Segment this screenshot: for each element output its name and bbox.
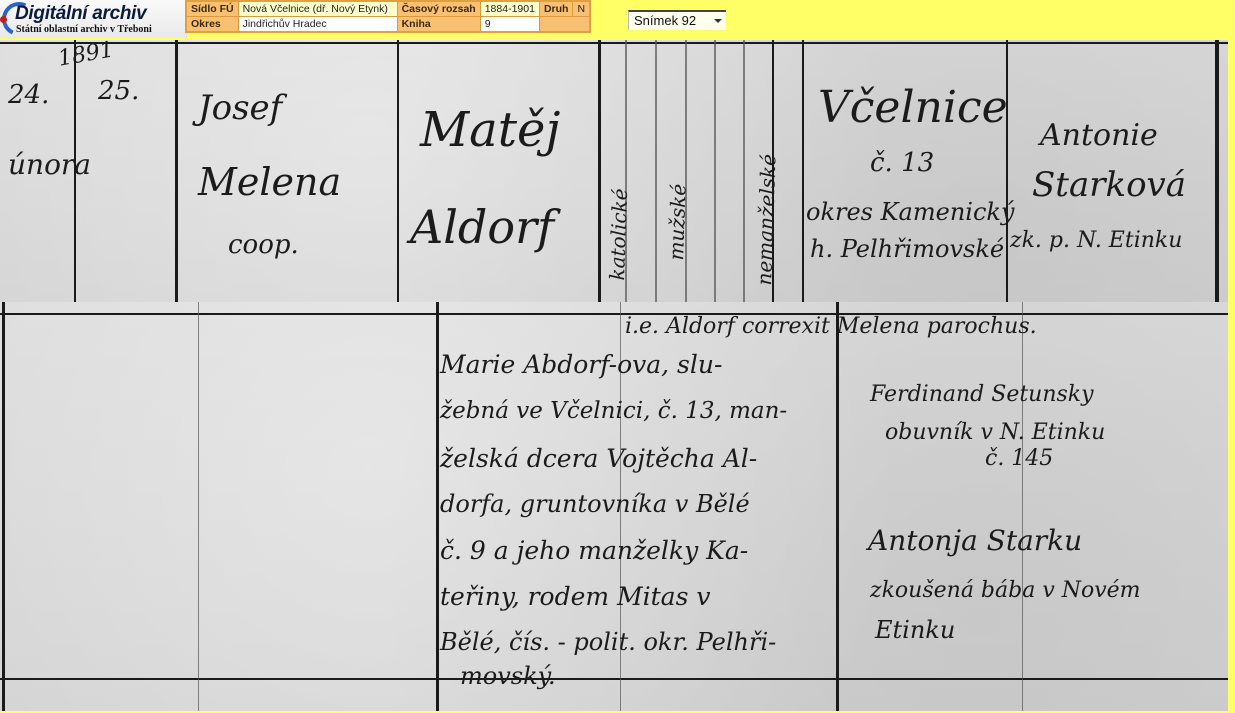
okres-label: Okres [186, 17, 238, 33]
midwife-surname: Starková [1032, 165, 1186, 205]
mother-line: č. 9 a jeho manželky Ka- [440, 536, 748, 565]
druh-value: N [573, 1, 590, 17]
midwife-first-name: Antonie [1040, 118, 1158, 153]
logo-dot-icon [0, 16, 7, 23]
godparent-line: č. 145 [985, 446, 1053, 471]
column-rule [175, 40, 178, 302]
place-name: Včelnice [818, 82, 1008, 133]
snapshot-select[interactable]: Snímek 92 [628, 10, 726, 30]
record-info-table: Sídlo FÚ Nová Včelnice (dř. Nový Etynk) … [185, 0, 591, 33]
ruling-line [0, 42, 1228, 44]
sidlo-fu-label: Sídlo FÚ [186, 1, 238, 17]
month-text: února [8, 148, 91, 181]
sidlo-fu-value: Nová Včelnice (dř. Nový Etynk) [238, 1, 397, 17]
casovy-rozsah-value: 1884-1901 [480, 1, 539, 17]
ruling-line [0, 678, 1228, 680]
religion-text: katolické [605, 188, 632, 281]
mother-line: želská dcera Vojtěcha Al- [440, 444, 757, 473]
year-text: 1891 [56, 40, 115, 72]
casovy-rozsah-label: Časový rozsah [397, 1, 480, 17]
child-first-name: Matěj [420, 102, 560, 158]
godparent-line: obuvník v N. Etinku [885, 420, 1105, 445]
day-baptized-text: 25. [98, 76, 139, 106]
priest-name-last: Melena [198, 160, 341, 204]
midwife-signature-line: Antonja Starku [868, 524, 1082, 557]
logo-subtitle: Státní oblastní archiv v Třeboni [16, 24, 152, 35]
priest-name-first: Josef [198, 88, 282, 128]
midwife-signature-line: zkoušená bába v Novém [870, 578, 1141, 603]
scan-image-top: 1891 24. 25. února Josef Melena coop. Ma… [0, 40, 1228, 302]
column-rule [685, 40, 687, 302]
mother-line: Bělé, čís. - polit. okr. Pelhři- [440, 628, 776, 656]
column-rule [655, 40, 657, 302]
column-rule [743, 40, 745, 302]
midwife-place: zk. p. N. Etinku [1010, 228, 1182, 253]
column-rule [397, 40, 399, 302]
column-rule [598, 40, 601, 302]
mother-line: movský. [460, 662, 556, 690]
column-rule [836, 302, 839, 711]
chevron-down-icon[interactable] [714, 19, 722, 23]
legitimacy-text: nemanželské [752, 154, 781, 286]
mother-line: Marie Abdorf-ova, slu- [440, 350, 722, 379]
snapshot-select-value: Snímek 92 [634, 13, 696, 28]
column-rule [1022, 302, 1023, 711]
scan-image-bottom: i.e. Aldorf correxit Melena parochus. Ma… [0, 302, 1228, 711]
logo-title: Digitální archiv [15, 3, 146, 25]
empty-cell [539, 17, 590, 33]
archive-logo[interactable]: Digitální archiv Státní oblastní archiv … [0, 0, 187, 38]
okres-value: Jindřichův Hradec [238, 17, 397, 33]
house-number: č. 13 [870, 148, 934, 178]
day-born-text: 24. [8, 80, 49, 110]
column-rule [802, 40, 804, 302]
column-rule [436, 302, 439, 711]
column-rule [198, 302, 199, 711]
child-surname: Aldorf [410, 200, 554, 254]
mother-line: dorfa, gruntovníka v Bělé [440, 490, 750, 518]
sex-text: mužské [664, 183, 691, 260]
district-text: okres Kamenický [806, 198, 1015, 226]
region-text: h. Pelhřimovské [810, 235, 1004, 263]
correction-note: i.e. Aldorf correxit Melena parochus. [625, 314, 1037, 339]
priest-title: coop. [228, 230, 299, 260]
mother-line: teřiny, rodem Mitas v [440, 582, 710, 611]
kniha-label: Kniha [397, 17, 480, 33]
mother-line: žebná ve Včelnici, č. 13, man- [440, 398, 787, 424]
column-rule [2, 302, 5, 711]
kniha-value: 9 [480, 17, 539, 33]
column-rule [1215, 40, 1219, 302]
midwife-signature-line: Etinku [875, 616, 955, 644]
druh-label: Druh [539, 1, 573, 17]
godparent-line: Ferdinand Setunsky [870, 382, 1094, 407]
ruling-line [0, 313, 1228, 315]
column-rule [1006, 40, 1008, 302]
column-rule [714, 40, 716, 302]
header-bar: Digitální archiv Státní oblastní archiv … [0, 0, 1235, 40]
